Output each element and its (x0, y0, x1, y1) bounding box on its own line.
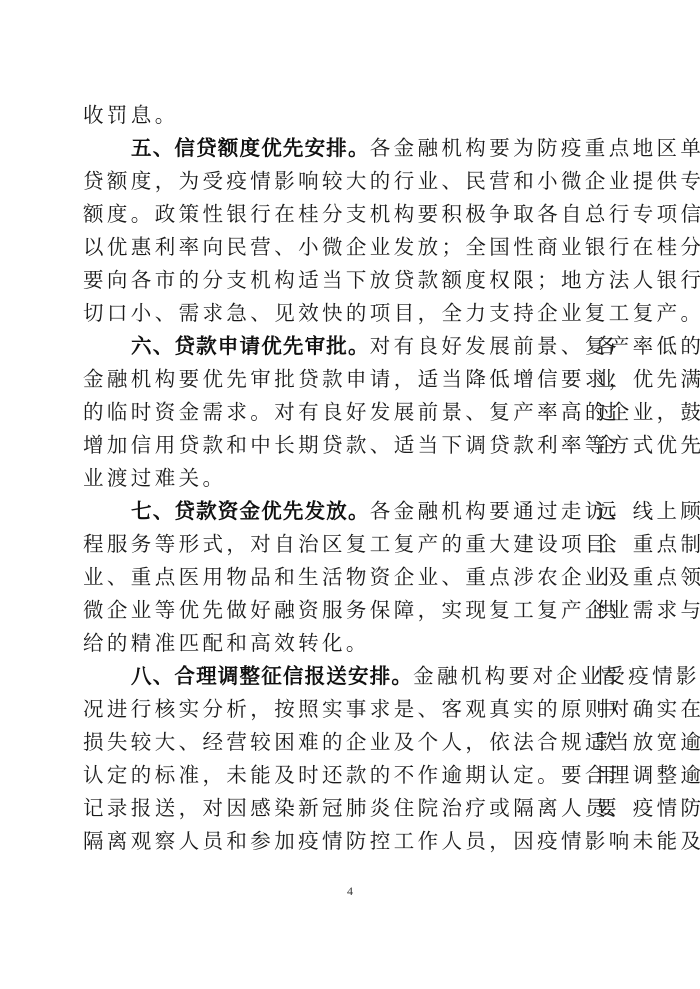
text-line: 额度。政策性银行在桂分支机构要积极争取各自总行专项信贷额度， (83, 198, 643, 231)
text-line: 隔离观察人员和参加疫情防控工作人员，因疫情影响未能及时还 (83, 825, 643, 858)
line-text: 各金融机构要为防疫重点地区单列信 (370, 136, 700, 160)
section-5-heading-line: 五、信贷额度优先安排。各金融机构要为防疫重点地区单列信 (83, 132, 643, 165)
text-line: 记录报送，对因感染新冠肺炎住院治疗或隔离人员、疫情防控需 要 (83, 792, 643, 825)
line-text: 对有良好发展前景、复产率低的企业， (370, 334, 700, 358)
line-text: 各金融机构要通过走访、线上顾问、 (370, 499, 700, 523)
line-tail-char: 款 (596, 726, 620, 759)
section-6-heading-line: 六、贷款申请优先审批。对有良好发展前景、复产率低的企业， 各 (83, 330, 643, 363)
line-text: 额度。政策性银行在桂分支机构要积极争取各自总行专项信贷额度， (83, 202, 700, 226)
text-line: 贷额度，为受疫情影响较大的行业、民营和小微企业提供专项信贷 (83, 165, 643, 198)
line-text: 贷额度，为受疫情影响较大的行业、民营和小微企业提供专项信贷 (83, 169, 700, 193)
document-body: 收罚息。 五、信贷额度优先安排。各金融机构要为防疫重点地区单列信 贷额度，为受疫… (83, 99, 643, 858)
section-5-heading: 五、信贷额度优先安排。 (131, 136, 370, 160)
text-line: 收罚息。 (83, 99, 643, 132)
section-8-heading: 八、合理调整征信报送安排。 (131, 664, 413, 688)
section-6-heading: 六、贷款申请优先审批。 (131, 334, 370, 358)
section-7-heading: 七、贷款资金优先发放。 (131, 499, 370, 523)
line-tail-char: 用 (596, 759, 620, 792)
line-tail-char: 供 (596, 594, 620, 627)
line-text: 业渡过难关。 (83, 466, 226, 490)
line-tail-char: 远 (596, 495, 620, 528)
line-text: 切口小、需求急、见效快的项目，全力支持企业复工复产。 (83, 301, 700, 325)
line-text: 收罚息。 (83, 103, 179, 127)
page-number: 4 (0, 884, 700, 899)
line-text: 以优惠利率向民营、小微企业发放；全国性商业银行在桂分支机构 (83, 235, 700, 259)
line-tail-char: 中 (596, 693, 620, 726)
text-line: 况进行核实分析，按照实事求是、客观真实的原则对确实在疫情 中 (83, 693, 643, 726)
text-line: 以优惠利率向民营、小微企业发放；全国性商业银行在桂分支机构 (83, 231, 643, 264)
text-line: 业、重点医用物品和生活物资企业、重点涉农企业及重点领域中 小 (83, 561, 643, 594)
line-text: 要向各市的分支机构适当下放贷款额度权限；地方法人银行要瞄准 (83, 268, 700, 292)
line-tail-char: 业 (596, 363, 620, 396)
text-line: 切口小、需求急、见效快的项目，全力支持企业复工复产。 (83, 297, 643, 330)
text-line: 金融机构要优先审批贷款申请，适当降低增信要求，优先满足企 业 (83, 363, 643, 396)
line-tail-char: 企 (596, 429, 620, 462)
text-line: 增加信用贷款和中长期贷款、适当下调贷款利率等方式优先支持 企 (83, 429, 643, 462)
text-line: 给的精准匹配和高效转化。 (83, 627, 643, 660)
text-line: 损失较大、经营较困难的企业及个人，依法合规适当放宽逾期贷 款 (83, 726, 643, 759)
line-text: 给的精准匹配和高效转化。 (83, 631, 370, 655)
text-line: 业渡过难关。 (83, 462, 643, 495)
text-line: 微企业等优先做好融资服务保障，实现复工复产企业需求与金融 供 (83, 594, 643, 627)
document-page: 收罚息。 五、信贷额度优先安排。各金融机构要为防疫重点地区单列信 贷额度，为受疫… (0, 0, 700, 989)
text-line: 认定的标准，未能及时还款的不作逾期认定。要合理调整逾期信 用 (83, 759, 643, 792)
line-tail-char: 过 (596, 396, 620, 429)
line-text: 隔离观察人员和参加疫情防控工作人员，因疫情影响未能及时还 (83, 829, 700, 853)
line-tail-char: 小 (596, 561, 620, 594)
text-line: 的临时资金需求。对有良好发展前景、复产率高的企业，鼓励通 过 (83, 396, 643, 429)
text-line: 程服务等形式，对自治区复工复产的重大建设项目、重点制造业 企 (83, 528, 643, 561)
section-8-heading-line: 八、合理调整征信报送安排。金融机构要对企业受疫情影响的 情 (83, 660, 643, 693)
text-line: 要向各市的分支机构适当下放贷款额度权限；地方法人银行要瞄准 (83, 264, 643, 297)
line-tail-char: 情 (596, 660, 620, 693)
line-tail-char: 要 (596, 792, 620, 825)
line-tail-char: 各 (596, 330, 620, 363)
section-7-heading-line: 七、贷款资金优先发放。各金融机构要通过走访、线上顾问、 远 (83, 495, 643, 528)
line-tail-char: 企 (596, 528, 620, 561)
line-text: 金融机构要对企业受疫情影响的 (413, 664, 700, 688)
